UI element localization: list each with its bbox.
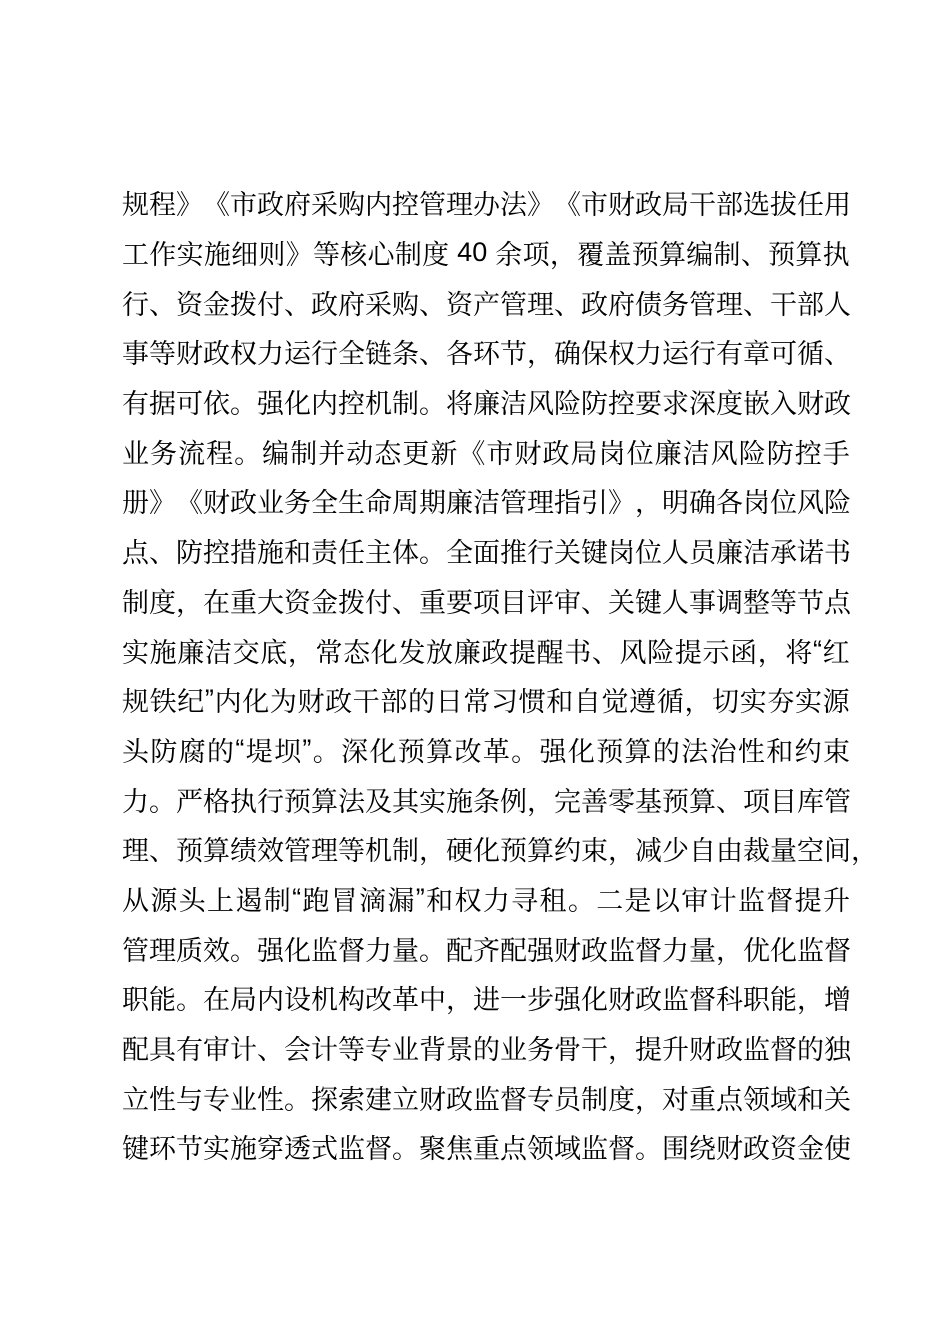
text-line: 立性与专业性。探索建立财政监督专员制度，对重点领域和关	[122, 1072, 850, 1122]
text-line: 从源头上遏制“跑冒滴漏”和权力寻租。二是以审计监督提升	[122, 874, 850, 924]
text-line: 规铁纪”内化为财政干部的日常习惯和自觉遵循，切实夯实源	[122, 675, 850, 725]
text-line: 事等财政权力运行全链条、各环节，确保权力运行有章可循、	[122, 327, 850, 377]
document-text: 规程》《市政府采购内控管理办法》《市财政局干部选拔任用工作实施细则》等核心制度 …	[122, 178, 850, 1172]
text-line: 册》《财政业务全生命周期廉洁管理指引》，明确各岗位风险	[122, 476, 850, 526]
text-line: 管理质效。强化监督力量。配齐配强财政监督力量，优化监督	[122, 923, 850, 973]
text-line: 制度，在重大资金拨付、重要项目评审、关键人事调整等节点	[122, 576, 850, 626]
text-line: 实施廉洁交底，常态化发放廉政提醒书、风险提示函，将“红	[122, 625, 850, 675]
text-line: 键环节实施穿透式监督。聚焦重点领域监督。围绕财政资金使	[122, 1122, 850, 1172]
text-line: 头防腐的“堤坝”。深化预算改革。强化预算的法治性和约束	[122, 725, 850, 775]
text-line: 配具有审计、会计等专业背景的业务骨干，提升财政监督的独	[122, 1023, 850, 1073]
text-line: 有据可依。强化内控机制。将廉洁风险防控要求深度嵌入财政	[122, 377, 850, 427]
text-line: 工作实施细则》等核心制度 40 余项，覆盖预算编制、预算执	[122, 228, 850, 278]
document-page: 规程》《市政府采购内控管理办法》《市财政局干部选拔任用工作实施细则》等核心制度 …	[0, 0, 950, 1344]
text-line: 行、资金拨付、政府采购、资产管理、政府债务管理、干部人	[122, 277, 850, 327]
text-line: 理、预算绩效管理等机制，硬化预算约束，减少自由裁量空间，	[122, 824, 850, 874]
text-line: 力。严格执行预算法及其实施条例，完善零基预算、项目库管	[122, 774, 850, 824]
text-line: 业务流程。编制并动态更新《市财政局岗位廉洁风险防控手	[122, 426, 850, 476]
text-line: 点、防控措施和责任主体。全面推行关键岗位人员廉洁承诺书	[122, 526, 850, 576]
text-line: 规程》《市政府采购内控管理办法》《市财政局干部选拔任用	[122, 178, 850, 228]
text-line: 职能。在局内设机构改革中，进一步强化财政监督科职能，增	[122, 973, 850, 1023]
